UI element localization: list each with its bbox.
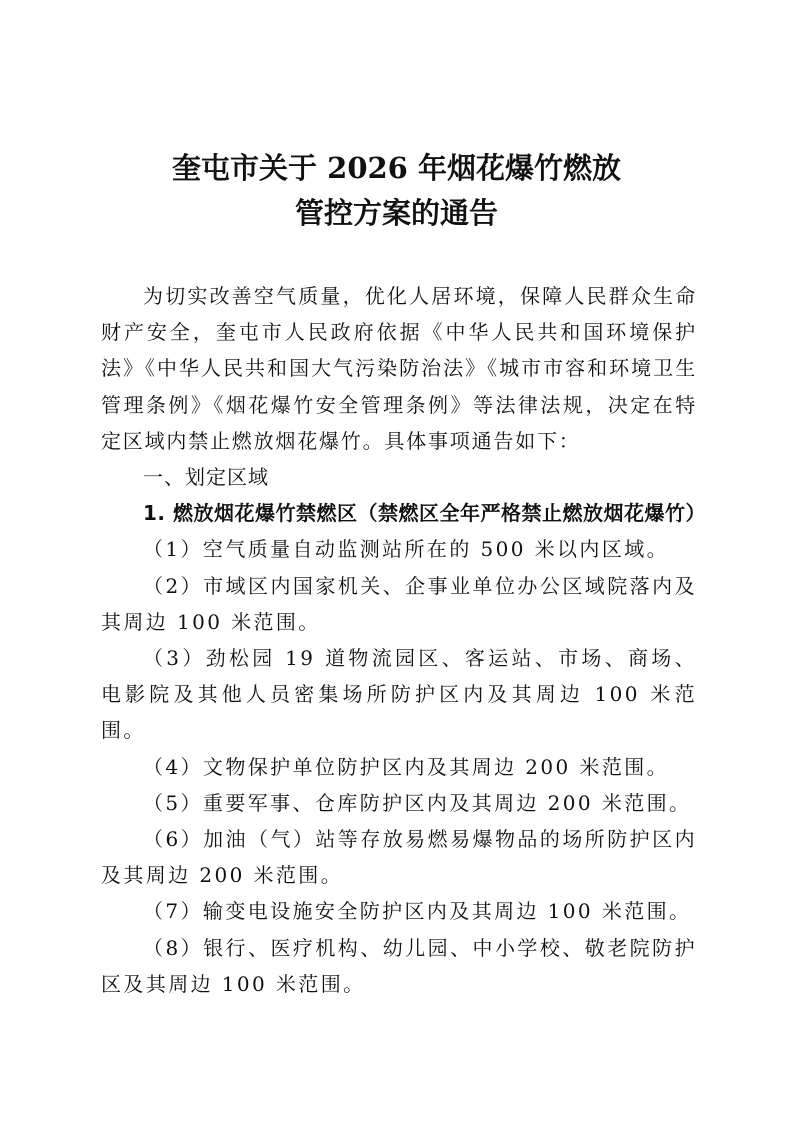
list-item: （6）加油（气）站等存放易燃易爆物品的场所防护区内及其周边 200 米范围。 — [101, 821, 697, 893]
document-page: 奎屯市关于 2026 年烟花爆竹燃放 管控方案的通告 为切实改善空气质量，优化人… — [0, 0, 793, 1122]
subsection-heading-no-fireworks-zone: 1. 燃放烟花爆竹禁燃区（禁燃区全年严格禁止燃放烟花爆竹） — [101, 495, 697, 531]
intro-paragraph: 为切实改善空气质量，优化人居环境，保障人民群众生命财产安全，奎屯市人民政府依据《… — [101, 278, 697, 459]
list-item: （8）银行、医疗机构、幼儿园、中小学校、敬老院防护区及其周边 100 米范围。 — [101, 930, 697, 1002]
section-heading-delimit-area: 一、划定区域 — [101, 459, 697, 495]
document-body: 为切实改善空气质量，优化人居环境，保障人民群众生命财产安全，奎屯市人民政府依据《… — [101, 278, 697, 1002]
list-item: （5）重要军事、仓库防护区内及其周边 200 米范围。 — [101, 785, 697, 821]
list-item: （4）文物保护单位防护区内及其周边 200 米范围。 — [101, 749, 697, 785]
list-item: （7）输变电设施安全防护区内及其周边 100 米范围。 — [101, 893, 697, 929]
list-item: （2）市域区内国家机关、企事业单位办公区域院落内及其周边 100 米范围。 — [101, 568, 697, 640]
list-item: （3）劲松园 19 道物流园区、客运站、市场、商场、电影院及其他人员密集场所防护… — [101, 640, 697, 749]
list-item: （1）空气质量自动监测站所在的 500 米以内区域。 — [101, 531, 697, 567]
document-title-line-1: 奎屯市关于 2026 年烟花爆竹燃放 — [0, 145, 793, 191]
document-title-line-2: 管控方案的通告 — [0, 190, 793, 236]
